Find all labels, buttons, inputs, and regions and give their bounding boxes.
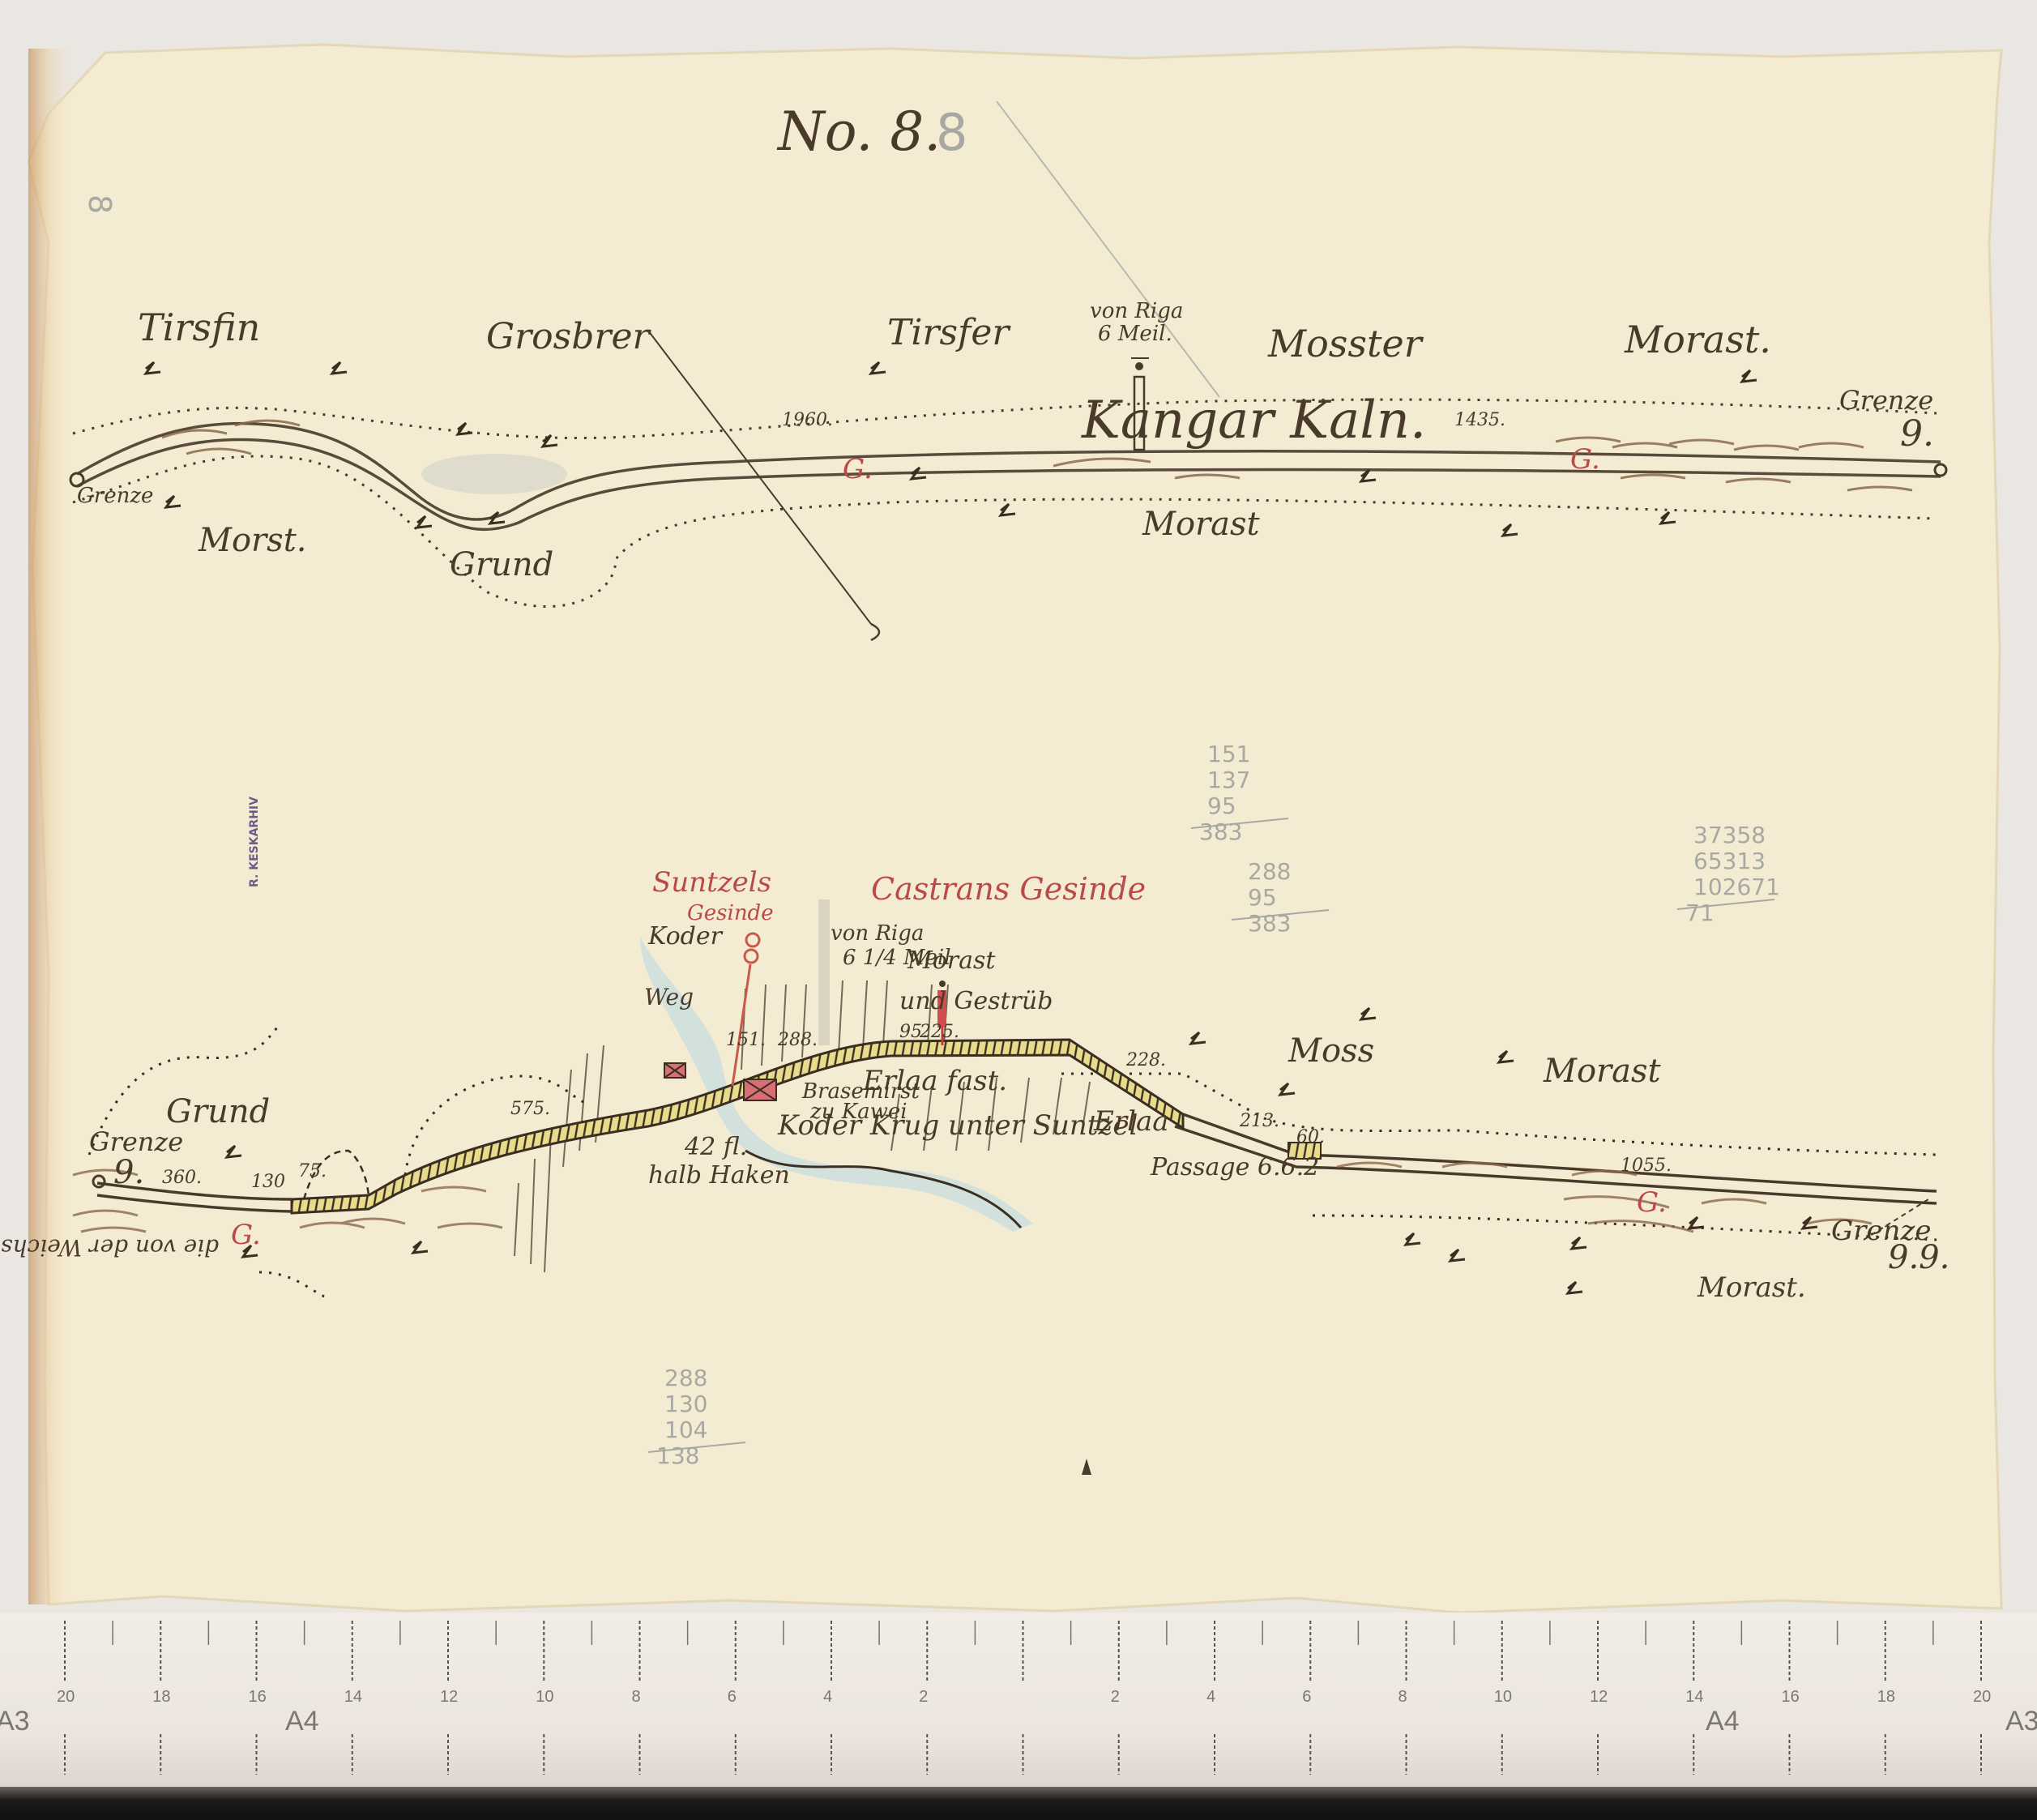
- place-label: Morast: [1543, 1053, 1662, 1090]
- pencil-number: 151: [1207, 741, 1250, 767]
- distance-label: 228.: [1125, 1050, 1166, 1070]
- sheet-number: No. 8.: [776, 100, 941, 163]
- ruler-tick-label: 18: [152, 1688, 170, 1706]
- distance-label: 151.: [726, 1030, 766, 1050]
- ruler-tick-label: 10: [1494, 1688, 1512, 1706]
- place-label: Grenze: [1839, 385, 1933, 416]
- ruler-tick-label: 14: [344, 1688, 362, 1706]
- red-marker: G.: [231, 1219, 261, 1251]
- red-marker: G.: [1637, 1186, 1667, 1219]
- place-label: Moss: [1288, 1032, 1374, 1070]
- ruler-tick-label: 20: [1973, 1688, 1991, 1706]
- place-label: 9.9.: [1888, 1239, 1949, 1276]
- place-label: Morast: [907, 946, 996, 975]
- margin-note: die von der Weichsel: [0, 1234, 219, 1261]
- place-label: Tirsfin: [138, 305, 260, 349]
- place-label: Erlaa fast.: [862, 1065, 1007, 1097]
- place-label: Kangar Kaln.: [1081, 391, 1426, 451]
- pencil-number: 71: [1685, 899, 1715, 926]
- distance-label: 1960.: [782, 410, 833, 430]
- ruler-tick-label: 12: [440, 1688, 458, 1706]
- ruler-a4-right: A4: [1706, 1706, 1740, 1737]
- ruler-tick-label: 20: [57, 1688, 75, 1706]
- scanner-bed-edge: [0, 1787, 2037, 1820]
- place-label: von Riga: [831, 921, 924, 946]
- red-marker: G.: [843, 453, 873, 485]
- place-label: Grosbrer: [486, 316, 651, 357]
- pencil-number: 95: [1248, 884, 1277, 911]
- ruler-tick-label: 14: [1685, 1688, 1703, 1706]
- distance-label: 1055.: [1621, 1156, 1672, 1176]
- place-label: Tirsfer: [887, 312, 1011, 353]
- ruler-tick-label: 8: [1399, 1688, 1407, 1706]
- place-label: Grund: [166, 1093, 270, 1130]
- place-label: 6 Meil.: [1098, 322, 1172, 346]
- ruler-tick-label: 2: [919, 1688, 928, 1706]
- ruler-tick-label: 18: [1877, 1688, 1895, 1706]
- place-label: Mosster: [1267, 322, 1424, 365]
- place-label: 9.: [113, 1154, 144, 1191]
- ruler-tick-label: 4: [1206, 1688, 1215, 1706]
- ruler-tick-label: 16: [249, 1688, 267, 1706]
- place-label: Passage 6.6.2: [1150, 1153, 1319, 1181]
- ruler-tick-label: 10: [536, 1688, 553, 1706]
- distance-label: 1435.: [1454, 410, 1505, 430]
- ruler-tick-label: 2: [1111, 1688, 1120, 1706]
- distance-label: 213.: [1239, 1111, 1279, 1131]
- ruler-a3-left: A3: [0, 1706, 30, 1737]
- pencil-number: 37358: [1693, 822, 1766, 848]
- place-label: Grund: [450, 546, 553, 583]
- place-label: Grenze: [89, 1126, 183, 1157]
- place-label: Suntzels: [652, 866, 771, 899]
- place-label: Morst.: [198, 522, 306, 559]
- pencil-number: 102671: [1693, 874, 1780, 900]
- place-label: halb Haken: [648, 1161, 790, 1190]
- pencil-number: 288: [664, 1365, 707, 1391]
- pencil-number: 138: [656, 1442, 699, 1469]
- ruler-tick-label: 8: [632, 1688, 641, 1706]
- distance-label: 130: [251, 1172, 285, 1192]
- house-icon: [664, 1063, 685, 1078]
- ruler-tick-label: 6: [1302, 1688, 1311, 1706]
- scanned-map-sheet: 8 R. KESKARHIV No. 8. 8 TirsfinGrosbrerT…: [0, 0, 2037, 1820]
- svg-text:8: 8: [82, 194, 117, 214]
- ruler-tick-label: 16: [1782, 1688, 1800, 1706]
- pencil-number: 95: [1207, 793, 1236, 819]
- place-label: 9.: [1900, 413, 1934, 455]
- pencil-number: 383: [1199, 818, 1242, 845]
- place-label: Morast.: [1624, 318, 1771, 361]
- place-label: Castrans Gesinde: [871, 871, 1146, 907]
- red-marker: G.: [1570, 443, 1600, 476]
- distance-label: 60.: [1296, 1127, 1325, 1147]
- distance-label: 575.: [510, 1099, 550, 1119]
- place-label: Koder: [647, 922, 724, 951]
- scale-ruler: 20181614121086422468101214161820 A3 A4 A…: [0, 1613, 2037, 1787]
- place-label: von Riga: [1090, 299, 1183, 323]
- distance-label: 225.: [919, 1022, 959, 1042]
- distance-label: 360.: [162, 1168, 202, 1188]
- pencil-number: 104: [664, 1416, 707, 1443]
- ruler-a3-right: A3: [2005, 1706, 2037, 1737]
- archive-stamp: R. KESKARHIV: [248, 797, 261, 887]
- pencil-number: 137: [1207, 767, 1250, 793]
- distance-label: 75.: [298, 1161, 327, 1181]
- sheet-number-pencil: 8: [936, 103, 967, 162]
- ruler-tick-label: 4: [823, 1688, 832, 1706]
- place-label: Weg: [644, 984, 694, 1010]
- pencil-number: 130: [664, 1391, 707, 1417]
- place-label: Koder Krug unter Suntzel: [777, 1109, 1138, 1142]
- house-icon: [744, 1079, 776, 1100]
- ruler-tick-label: 6: [728, 1688, 737, 1706]
- ruler-tick-label: 12: [1590, 1688, 1608, 1706]
- distance-label: 288.: [777, 1030, 818, 1050]
- pencil-number: 65313: [1693, 848, 1766, 874]
- place-label: und Gestrüb: [899, 987, 1053, 1015]
- ruler-a4-left: A4: [285, 1706, 319, 1737]
- pencil-number: 288: [1248, 858, 1291, 885]
- place-label: Morast: [1142, 506, 1261, 543]
- place-label: 42 fl.: [684, 1133, 747, 1161]
- map-canvas: 8 R. KESKARHIV No. 8. 8 TirsfinGrosbrerT…: [0, 0, 2037, 1629]
- place-label: Grenze: [77, 484, 153, 508]
- place-label: Morast.: [1697, 1271, 1806, 1304]
